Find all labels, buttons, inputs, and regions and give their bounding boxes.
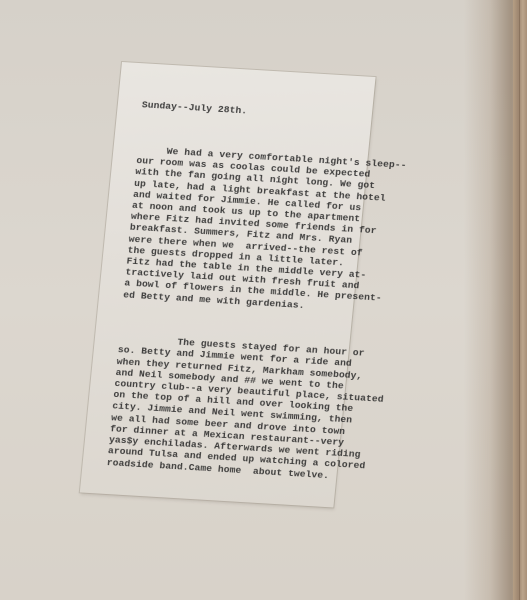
paragraph-2: The guests stayed for an hour or so. Bet… [106,334,343,481]
typewritten-letter: Sunday--July 28th. We had a very comfort… [80,62,376,507]
letter-body: Sunday--July 28th. We had a very comfort… [104,77,368,503]
album-spine [513,0,527,600]
date-heading: Sunday--July 28th. [141,100,366,124]
album-page: Sunday--July 28th. We had a very comfort… [0,0,527,600]
paragraph-1: We had a very comfortable night's sleep-… [123,144,362,313]
